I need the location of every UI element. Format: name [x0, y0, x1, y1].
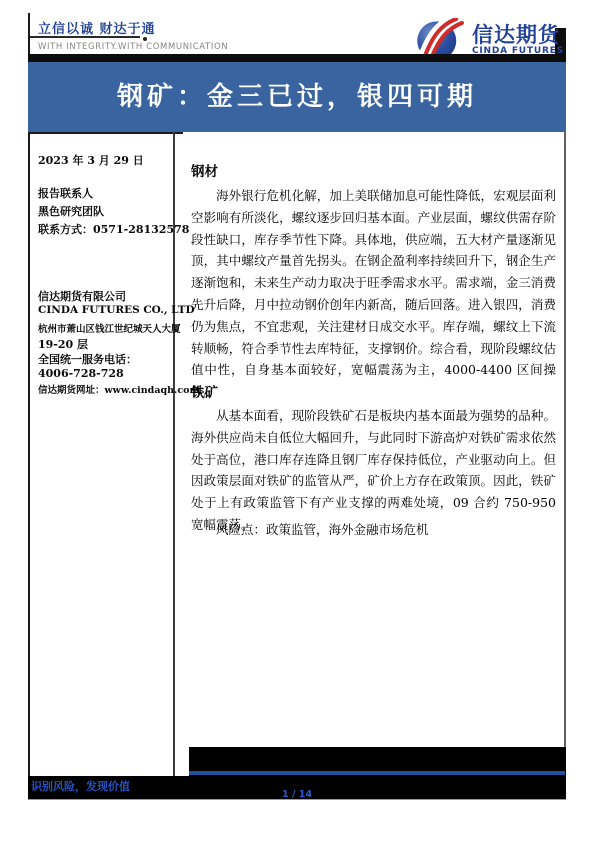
section-heading-iron-ore: 铁矿: [191, 381, 218, 401]
report-page: 立信以诚 财达于通 WITH INTEGRITY.WITH COMMUNICAT…: [0, 0, 595, 842]
contact-label: 报告联系人: [38, 185, 176, 201]
page-right-border: [564, 54, 566, 800]
section-heading-steel: 钢材: [191, 160, 218, 180]
risk-note: 风险点：政策监管，海外金融市场危机: [191, 519, 556, 541]
report-title: 钢矿：金三已过，银四可期: [28, 62, 566, 132]
company-address-line1: 杭州市萧山区钱江世纪城天人大厦: [38, 321, 176, 335]
hotline-label: 全国统一服务电话：: [38, 351, 176, 367]
report-title-bar: 钢矿：金三已过，银四可期: [28, 62, 566, 132]
contact-phone: 联系方式：0571-28132578: [38, 221, 176, 237]
logo-chinese-name: 信达期货: [472, 24, 564, 46]
header-underline-dot: [143, 37, 147, 41]
logo-text-block: 信达期货 CINDA FUTURES: [472, 24, 564, 56]
hotline-number: 4006-728-728: [38, 367, 176, 380]
header-slogan-chinese: 立信以诚 财达于通: [38, 18, 156, 37]
company-website-link[interactable]: 信达期货网址：www.cindaqh.com: [38, 382, 176, 396]
header-bottom-strip: [28, 54, 566, 62]
company-name-english: CINDA FUTURES CO., LTD: [38, 304, 176, 316]
sidebar-top-border: [28, 132, 183, 134]
header-underline: [30, 36, 140, 38]
steel-analysis-paragraph: 海外银行危机化解，加上美联储加息可能性降低，宏观层面利空影响有所淡化，螺纹逐步回…: [191, 185, 556, 403]
research-team: 黑色研究团队: [38, 203, 176, 219]
page-indicator: 1 / 14: [28, 789, 566, 800]
company-address-line2: 19-20 层: [38, 336, 176, 352]
bottom-accent-line: [189, 771, 565, 775]
company-name-chinese: 信达期货有限公司: [38, 288, 176, 304]
header-slogan-english: WITH INTEGRITY.WITH COMMUNICATION: [38, 42, 228, 52]
iron-ore-analysis-paragraph: 从基本面看，现阶段铁矿石是板块内基本面最为强势的品种。海外供应尚未自低位大幅回升…: [191, 405, 556, 536]
report-date: 2023 年 3 月 29 日: [38, 152, 176, 168]
